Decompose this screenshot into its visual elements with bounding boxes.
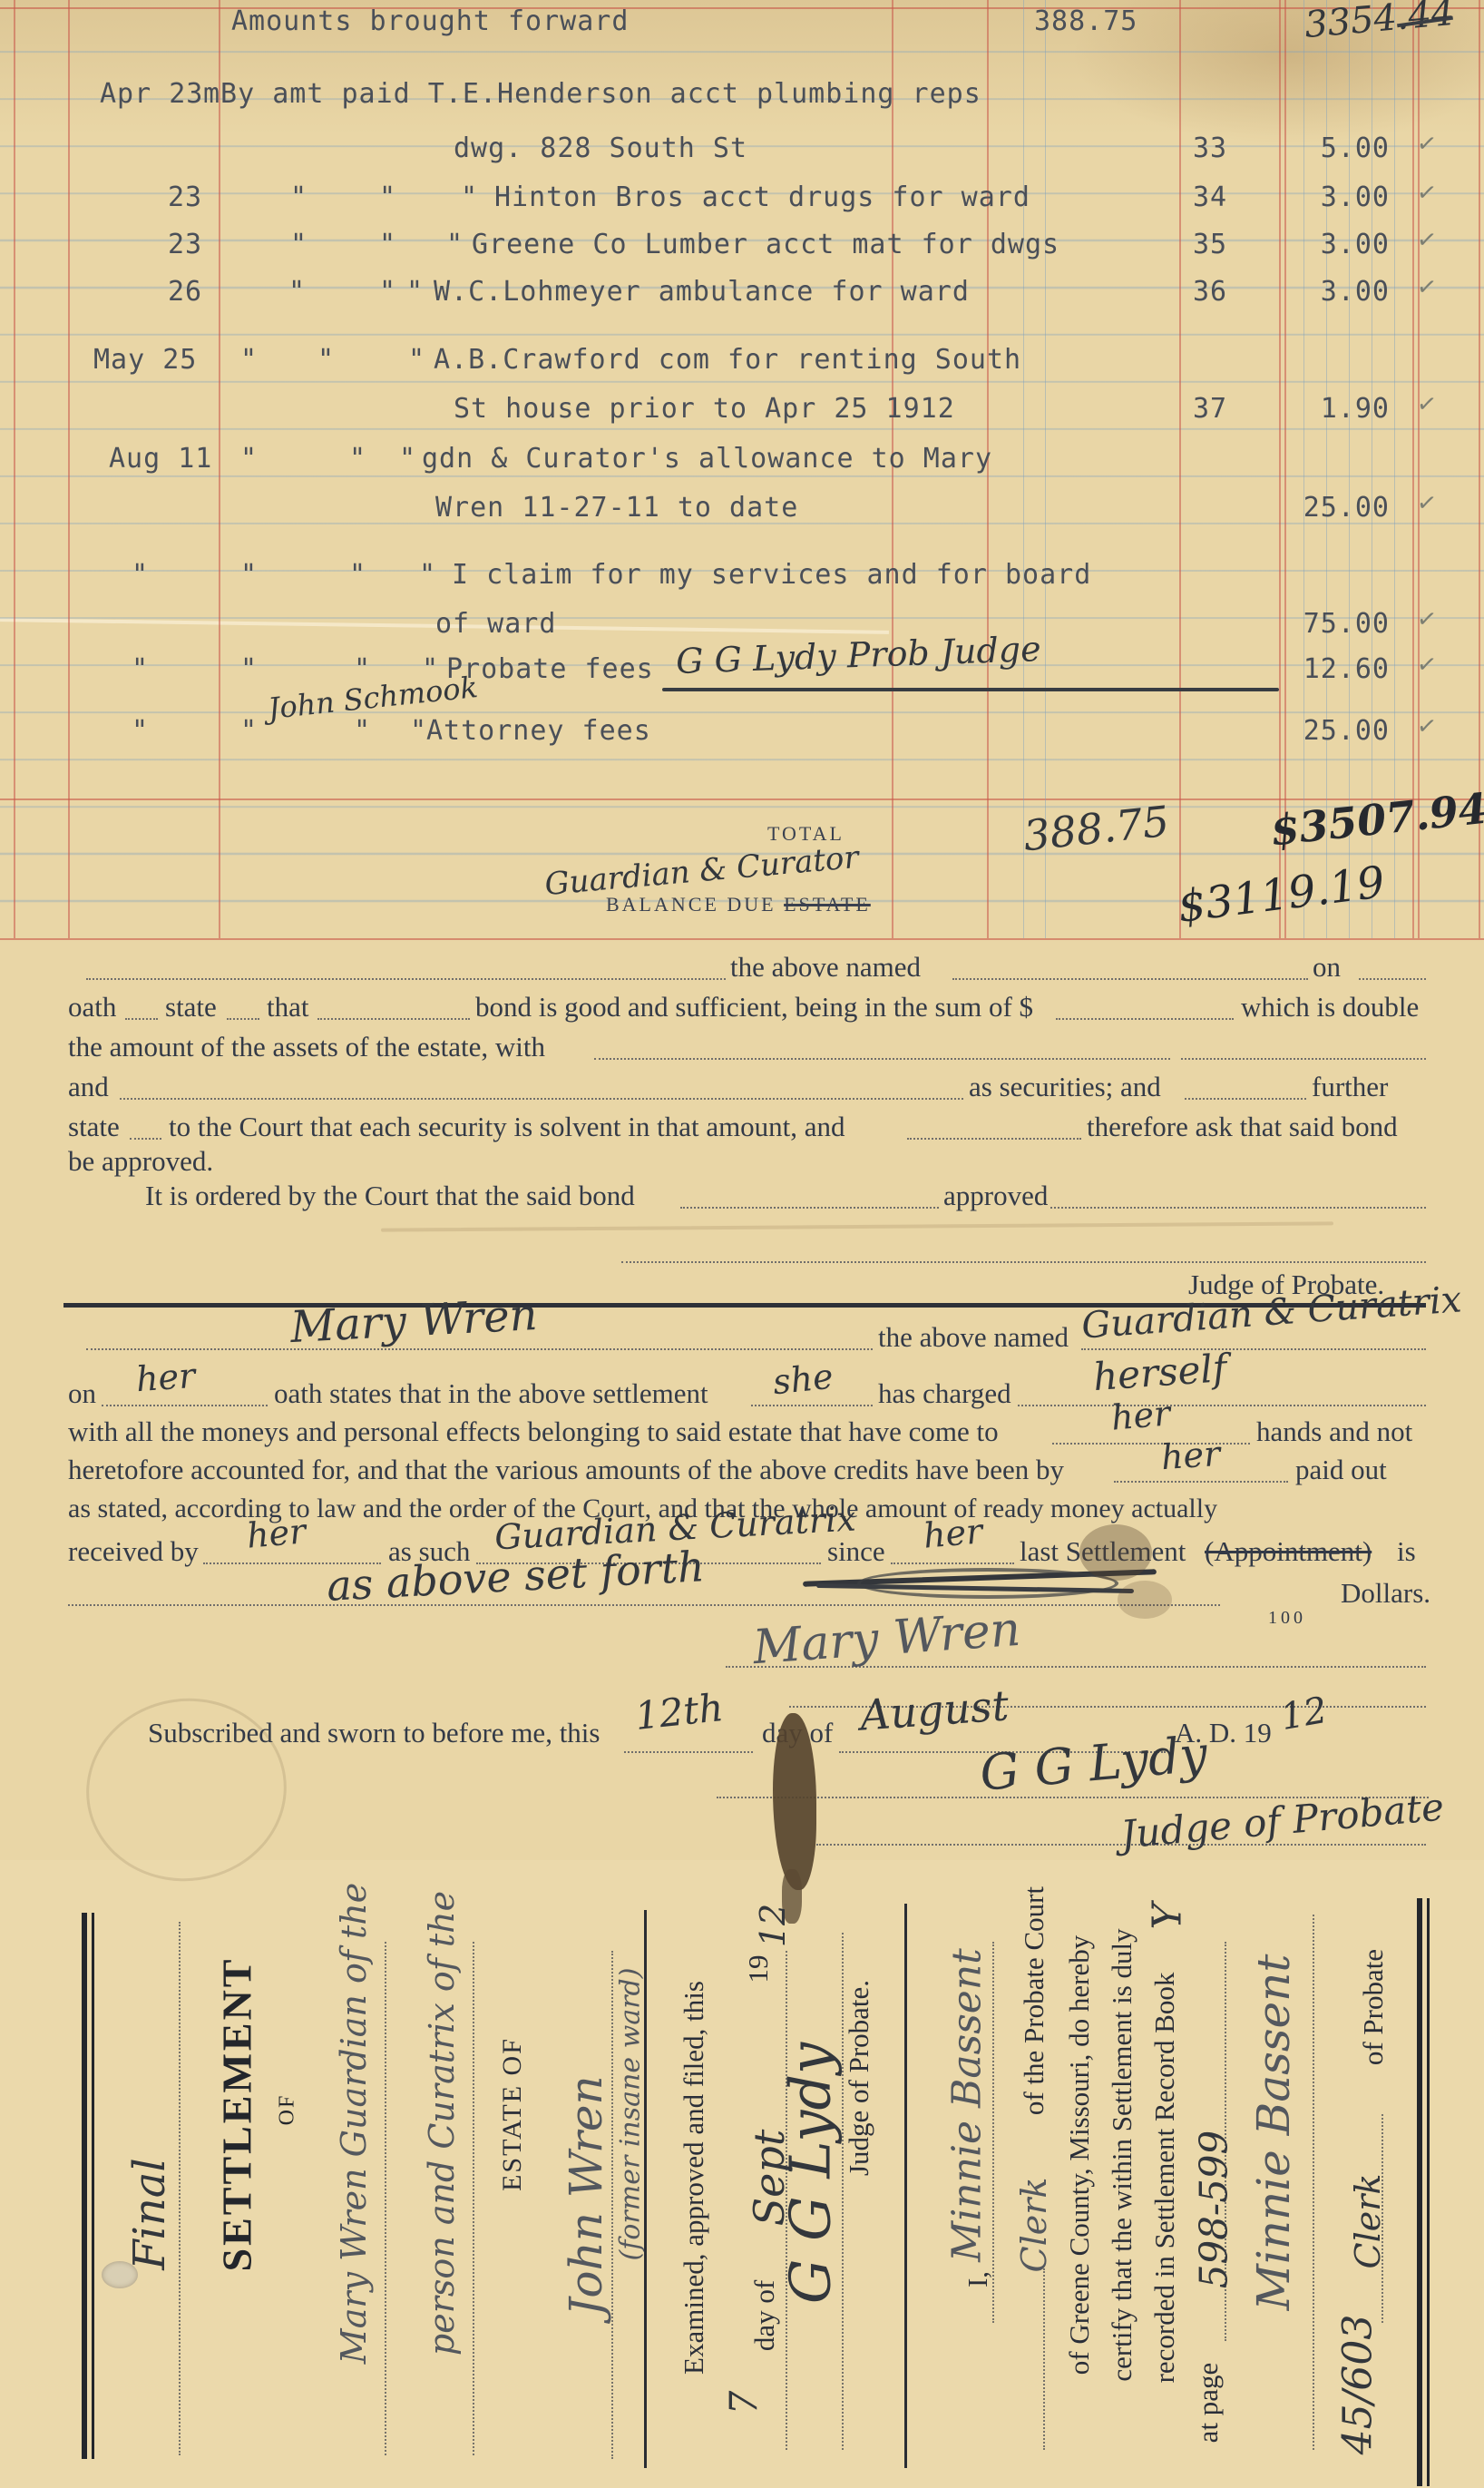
mary-wren-signature: Mary Wren (751, 1602, 1022, 1675)
blue-vline (1023, 0, 1024, 938)
ditto-mark: " (408, 344, 425, 376)
backing-solid-vline (644, 1910, 647, 2468)
check-mark: ✓ (1415, 130, 1439, 160)
blank-line (1050, 1207, 1426, 1209)
ditto-mark: " (240, 653, 258, 685)
ditto-mark: " (290, 181, 308, 213)
handwritten-underline (662, 688, 1279, 691)
blank-line (1056, 1018, 1234, 1020)
backing-vline (1043, 2268, 1045, 2450)
red-vline (68, 0, 70, 938)
row-date: 23 (168, 229, 202, 260)
row-voucher: 36 (1193, 276, 1227, 308)
ditto-mark: " (410, 715, 427, 747)
form-text: received by (68, 1535, 199, 1568)
backing-party-line2: person and Curatrix of the (422, 1891, 462, 2356)
backing-vline (179, 1922, 181, 2455)
ditto-mark: " (240, 715, 258, 747)
row-amount: 1.90 (1245, 393, 1390, 425)
blank-line (1185, 1098, 1306, 1100)
backing-filed-day: 7 (722, 2391, 766, 2415)
row-voucher: 35 (1193, 229, 1227, 260)
ditto-mark: " (317, 344, 335, 376)
oath-name-handwritten: Mary Wren (289, 1289, 539, 1353)
backing-judge-caption: Judge of Probate. (843, 1980, 875, 2176)
form-text: approved (943, 1180, 1048, 1212)
backing-file-number: 45/603 (1335, 2315, 1381, 2455)
row-desc: Greene Co Lumber acct mat for dwgs (472, 229, 1059, 260)
form-text: heretofore accounted for, and that the v… (68, 1454, 1064, 1486)
ditto-mark: " (379, 276, 396, 308)
row-desc: I claim for my services and for board (452, 559, 1091, 591)
row-desc: of ward (435, 608, 556, 640)
form-text: further (1312, 1071, 1388, 1103)
backing-clerk-name: Minnie Bassent (944, 1948, 991, 2262)
row-date: Aug 11 (109, 443, 212, 475)
row-desc: Probate fees (446, 653, 654, 685)
form-text: to the Court that each security is solve… (169, 1111, 845, 1143)
form-text: with all the moneys and personal effects… (68, 1415, 999, 1448)
backing-cert1: of the Probate Court (1018, 1886, 1050, 2115)
backing-of-probate: of Probate (1357, 1949, 1390, 2065)
form-text: oath states that in the above settlement (274, 1377, 708, 1410)
form-text: on (1313, 951, 1341, 984)
judge-title-handwritten: Judge of Probate (1119, 1785, 1446, 1857)
brought-forward-label: Amounts brought forward (231, 5, 629, 37)
ditto-mark: " (379, 181, 396, 213)
her-handwritten: her (922, 1511, 984, 1556)
form-text: the above named (730, 951, 921, 984)
backing-clerk-signature: Minnie Bassent (1247, 1954, 1300, 2311)
check-mark: ✓ (1415, 226, 1439, 256)
blank-line (1081, 1348, 1426, 1350)
check-mark: ✓ (1415, 651, 1439, 681)
ditto-mark: " (240, 344, 258, 376)
form-text: bond is good and sufficient, being in th… (475, 991, 1033, 1024)
backing-estate-of: ESTATE OF (497, 2037, 528, 2191)
red-vline (14, 0, 15, 938)
ditto-mark: " (406, 276, 424, 308)
row-desc: W.C.Lohmeyer ambulance for ward (434, 276, 970, 308)
form-text: be approved. (68, 1145, 213, 1178)
ditto-mark: " (132, 559, 149, 591)
form-text: therefore ask that said bond (1087, 1111, 1398, 1143)
backing-at-page: at page (1192, 2363, 1225, 2444)
blank-line (86, 978, 726, 980)
backing-vline (473, 1942, 474, 2455)
form-text: on (68, 1377, 96, 1410)
row-amount: 3.00 (1245, 229, 1390, 260)
amount-in-words-handwritten: as above set forth (326, 1542, 706, 1611)
row-voucher: 34 (1193, 181, 1227, 213)
jurat-day-handwritten: 12th (633, 1685, 726, 1739)
blank-line (594, 1058, 1170, 1060)
brought-forward-amount: 388.75 (1034, 5, 1137, 37)
jurat-year-handwritten: 12 (1277, 1690, 1330, 1739)
check-mark: ✓ (1415, 390, 1439, 420)
backing-vline (992, 1942, 994, 2323)
form-text: has charged (878, 1377, 1011, 1410)
row-amount: 5.00 (1245, 132, 1390, 164)
blue-vline (1045, 0, 1046, 938)
signature-line (726, 1666, 1426, 1668)
her-handwritten: her (1109, 1393, 1172, 1438)
form-text: the amount of the assets of the estate, … (68, 1031, 545, 1063)
her-handwritten: her (135, 1356, 197, 1399)
backing-book-handwritten: Y (1145, 1903, 1191, 1929)
balance-label: BALANCE DUE ESTATE (606, 893, 871, 916)
ditto-mark: " (446, 229, 464, 260)
judge-signature: G G Lydy (978, 1725, 1210, 1802)
scribbled-out-words (803, 1568, 1157, 1604)
blank-line (1181, 1058, 1426, 1060)
balance-label-prefix: BALANCE DUE (606, 893, 776, 916)
ditto-mark: " (240, 443, 258, 475)
backing-vline (1313, 1915, 1314, 2450)
blank-line (102, 1405, 268, 1406)
form-text: hands and not (1256, 1415, 1412, 1448)
red-hline-total-top (0, 798, 1484, 800)
row-amount: 12.60 (1245, 653, 1390, 685)
blank-line (624, 1751, 753, 1753)
struck-appointment: (Appointment) (1205, 1535, 1372, 1568)
her-handwritten: her (245, 1511, 308, 1556)
backing-filed-year: 12 (753, 1904, 793, 1947)
row-voucher: 37 (1193, 393, 1227, 425)
row-desc: Attorney fees (426, 715, 651, 747)
backing-right-rule-inner (1427, 1898, 1430, 2486)
form-text: the above named (878, 1321, 1069, 1354)
form-text: state (68, 1111, 120, 1143)
blank-line (227, 1018, 259, 1020)
ditto-mark: " (288, 276, 306, 308)
ditto-mark: " (349, 559, 366, 591)
row-amount: 25.00 (1245, 492, 1390, 524)
backing-left-rule-inner (92, 1913, 94, 2459)
signature-line (621, 1261, 1426, 1263)
row-amount: 3.00 (1245, 276, 1390, 308)
balance-struck-word: ESTATE (784, 893, 871, 916)
jurat-text: Subscribed and sworn to before me, this (148, 1717, 600, 1749)
backing-vline (611, 1951, 613, 2459)
row-amount: 3.00 (1245, 181, 1390, 213)
her-handwritten: her (1160, 1434, 1222, 1477)
row-desc: gdn & Curator's allowance to Mary (422, 443, 992, 475)
ditto-mark: " (379, 229, 396, 260)
row-date: 26 (168, 276, 202, 308)
row-amount: 75.00 (1245, 608, 1390, 640)
backing-cert2: of Greene County, Missouri, do hereby (1063, 1935, 1096, 2375)
blank-line (680, 1207, 939, 1209)
check-mark: ✓ (1415, 489, 1439, 519)
check-mark: ✓ (1415, 273, 1439, 303)
jurat-month-handwritten: August (858, 1680, 1010, 1739)
blank-line (1359, 978, 1426, 980)
row-desc: Hinton Bros acct drugs for ward (494, 181, 1030, 213)
backing-vline (1381, 2114, 1383, 2323)
ditto-mark: " (349, 443, 366, 475)
form-text: is (1397, 1535, 1416, 1568)
row-amount: 25.00 (1245, 715, 1390, 747)
herself-handwritten: herself (1091, 1346, 1227, 1399)
form-text: last Settlement (1020, 1535, 1186, 1568)
backing-pages-handwritten: 598-599 (1192, 2130, 1236, 2289)
blank-line (1114, 1481, 1288, 1483)
check-mark: ✓ (1415, 712, 1439, 742)
backing-estate-name: John Wren (560, 2075, 612, 2316)
signature-line (816, 1844, 1426, 1846)
ditto-mark: " (461, 181, 478, 213)
row-voucher: 33 (1193, 132, 1227, 164)
row-desc: mBy amt paid T.E.Henderson acct plumbing… (203, 78, 981, 110)
ditto-mark: " (290, 229, 308, 260)
she-handwritten: she (771, 1357, 835, 1403)
form-text: and (68, 1071, 109, 1103)
red-vline (219, 0, 220, 938)
blank-line (952, 978, 1308, 980)
backing-final-handwritten: Final (124, 2158, 175, 2270)
form-text: It is ordered by the Court that the said… (145, 1180, 635, 1212)
form-text: since (827, 1535, 885, 1568)
backing-vline (1225, 1942, 1226, 2341)
red-hline-top (0, 7, 1484, 9)
backing-cert-i: I, (962, 2271, 994, 2287)
backing-right-rule-outer (1417, 1898, 1422, 2486)
blank-line (120, 1098, 963, 1100)
backing-vline (385, 1942, 386, 2455)
dollars-label: Dollars. (1341, 1577, 1430, 1610)
ditto-mark: " (354, 715, 371, 747)
backing-solid-vline (904, 1904, 907, 2468)
blank-line (907, 1138, 1081, 1140)
row-date: Apr 23 (100, 78, 203, 110)
row-desc: Wren 11-27-11 to date (435, 492, 798, 524)
form-text: that (267, 991, 309, 1024)
backing-title: SETTLEMENT (213, 1957, 261, 2272)
blank-line (86, 1348, 873, 1350)
fraction-100: 100 (1268, 1608, 1306, 1629)
ditto-mark: " (399, 443, 416, 475)
backing-cert4: recorded in Settlement Record Book (1148, 1973, 1181, 2384)
backing-clerk-word: Clerk (1014, 2178, 1054, 2273)
row-desc: A.B.Crawford com for renting South (434, 344, 1021, 376)
check-mark: ✓ (1415, 179, 1439, 209)
row-date: 23 (168, 181, 202, 213)
blank-line (891, 1562, 1014, 1564)
backing-examined: Examined, approved and filed, this (678, 1981, 710, 2375)
scribble-stroke (857, 1568, 1118, 1599)
row-date: May 25 (93, 344, 197, 376)
crease-line-2 (381, 1221, 1333, 1231)
red-vline (1179, 0, 1181, 938)
scanned-probate-document: { "ledger": { "ditto": "\"", "check_mark… (0, 0, 1484, 2488)
blank-line (1018, 1405, 1426, 1406)
ditto-mark: " (132, 715, 149, 747)
backing-left-rule-outer (82, 1913, 87, 2459)
ditto-mark: " (240, 559, 258, 591)
row-desc: dwg. 828 South St (454, 132, 747, 164)
blank-line (130, 1138, 161, 1140)
form-text: paid out (1295, 1454, 1387, 1486)
blank-line (68, 1604, 1220, 1606)
row-desc: St house prior to Apr 25 1912 (454, 393, 955, 425)
ditto-mark: " (419, 559, 436, 591)
backing-of: OF (276, 2094, 300, 2126)
backing-party-line1: Mary Wren Guardian of the (334, 1883, 374, 2364)
ditto-mark: " (132, 653, 149, 685)
blank-line (1052, 1443, 1250, 1445)
form-text: as securities; and (969, 1071, 1161, 1103)
check-mark: ✓ (1415, 605, 1439, 635)
blank-line (751, 1405, 873, 1406)
backing-cert3: certify that the within Settlement is du… (1106, 1928, 1138, 2381)
backing-judge-signature: G G Lydy (777, 2042, 844, 2304)
red-hline-total-bottom (0, 938, 1484, 940)
form-text: which is double (1241, 991, 1419, 1024)
blank-line (125, 1018, 158, 1020)
blank-line (317, 1018, 470, 1020)
form-text: oath (68, 991, 116, 1024)
backing-estate-note: (former insane ward) (615, 1968, 647, 2261)
form-text: state (165, 991, 217, 1024)
backing-year-prefix: 19 (742, 1955, 775, 1984)
